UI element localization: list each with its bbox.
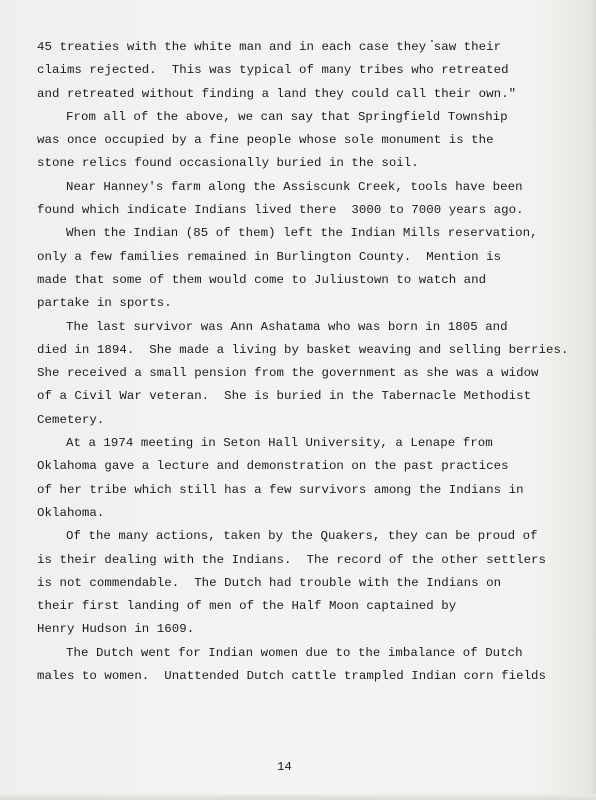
text-line: Cemetery. (37, 409, 577, 432)
page-bottom-edge (0, 794, 596, 800)
text-line: made that some of them would come to Jul… (37, 269, 577, 292)
paragraph-first-line: Near Hanney's farm along the Assiscunk C… (37, 176, 577, 199)
text-line: She received a small pension from the go… (37, 362, 577, 385)
paragraph-first-line: The last survivor was Ann Ashatama who w… (37, 316, 577, 339)
text-line: Oklahoma. (37, 502, 577, 525)
paragraph-first-line: At a 1974 meeting in Seton Hall Universi… (37, 432, 577, 455)
text-line: is their dealing with the Indians. The r… (37, 549, 577, 572)
paragraph-first-line: When the Indian (85 of them) left the In… (37, 222, 577, 245)
text-line: partake in sports. (37, 292, 577, 315)
page-number: 14 (277, 760, 292, 774)
text-line: stone relics found occasionally buried i… (37, 152, 577, 175)
text-line: their first landing of men of the Half M… (37, 595, 577, 618)
paragraph-first-line: From all of the above, we can say that S… (37, 106, 577, 129)
paragraph-first-line: The Dutch went for Indian women due to t… (37, 642, 577, 665)
text-line: and retreated without finding a land the… (37, 83, 577, 106)
typewritten-body: 45 treaties with the white man and in ea… (37, 36, 577, 688)
text-line: is not commendable. The Dutch had troubl… (37, 572, 577, 595)
text-line: of a Civil War veteran. She is buried in… (37, 385, 577, 408)
text-line: found which indicate Indians lived there… (37, 199, 577, 222)
text-line: 45 treaties with the white man and in ea… (37, 36, 577, 59)
text-line: was once occupied by a fine people whose… (37, 129, 577, 152)
text-line: only a few families remained in Burlingt… (37, 246, 577, 269)
text-line: Oklahoma gave a lecture and demonstratio… (37, 455, 577, 478)
text-line: Henry Hudson in 1609. (37, 618, 577, 641)
text-line: males to women. Unattended Dutch cattle … (37, 665, 577, 688)
document-page: 45 treaties with the white man and in ea… (0, 0, 596, 800)
text-line: died in 1894. She made a living by baske… (37, 339, 577, 362)
text-line: claims rejected. This was typical of man… (37, 59, 577, 82)
paragraph-first-line: Of the many actions, taken by the Quaker… (37, 525, 577, 548)
text-line: of her tribe which still has a few survi… (37, 479, 577, 502)
